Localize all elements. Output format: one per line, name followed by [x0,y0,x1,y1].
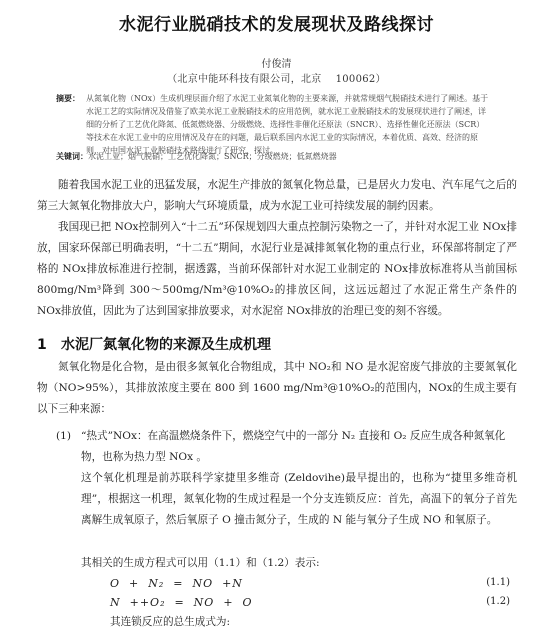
affiliation: （北京中能环科技有限公司，北京100062） [0,70,553,85]
abstract-label: 摘要： [56,92,80,105]
paper-title: 水泥行业脱硝技术的发展现状及路线探讨 [0,10,553,35]
equation-expression: N ++O₂ = NO + O [110,596,253,609]
section-number: 1 [37,337,61,353]
intro-paragraph-2: 我国现已把 NOx控制列入“十二五”环保规划四大重点控制污染物之一了，并针对水泥… [37,217,517,322]
intro-paragraph-1: 随着我国水泥工业的迅猛发展，水泥生产排放的氮氧化物总量，已是居火力发电、汽车尾气… [37,175,517,217]
section-title: 水泥厂氮氧化物的来源及生成机理 [61,337,271,353]
keywords-text: 水泥工业；烟气脱硝；工艺优化降氮；SNCR；分级燃烧；低氮燃烧器 [88,152,337,161]
list-item-marker: (1) [56,426,71,447]
keywords-block: 关键词：水泥工业；烟气脱硝；工艺优化降氮；SNCR；分级燃烧；低氮燃烧器 [56,151,492,163]
affiliation-name: （北京中能环科技有限公司，北京 [167,74,322,85]
section-heading: 1水泥厂氮氧化物的来源及生成机理 [37,334,271,354]
equation-expression: O + N₂ = NO +N [110,577,243,590]
equation-number: (1.1) [486,577,510,588]
abstract-block: 摘要： 从氮氧化物（NOx）生成机理层面介绍了水泥工业氮氧化物的主要来源，并就常… [56,92,492,157]
list-item-text: “热式”NOx：在高温燃烧条件下，燃烧空气中的一部分 N₂ 直接和 O₂ 反应生… [81,426,516,468]
postal-code: 100062） [336,74,386,85]
paper-page: 水泥行业脱硝技术的发展现状及路线探讨 付俊清 （北京中能环科技有限公司，北京10… [0,0,553,635]
equation-number: (1.2) [486,596,510,607]
chain-reaction-intro: 其连锁反应的总生成式为: [110,612,546,633]
author-name: 付俊清 [0,55,553,70]
abstract-text: 从氮氧化物（NOx）生成机理层面介绍了水泥工业氮氧化物的主要来源，并就常规烟气脱… [86,92,492,157]
equation-intro: 其相关的生成方程式可以用（1.1）和（1.2）表示: [81,553,517,574]
keywords-label: 关键词： [56,152,88,161]
section-paragraph: 氮氧化物是化合物，是由很多氮氧化合物组成，其中 NO₂和 NO 是水泥窑废气排放… [37,357,517,420]
list-item: (1) “热式”NOx：在高温燃烧条件下，燃烧空气中的一部分 N₂ 直接和 O₂… [56,426,516,468]
equation-row: O + N₂ = NO +N (1.1) [110,577,510,595]
mechanism-paragraph: 这个氧化机理是前苏联科学家捷里多维奇 (Zeldovihe)最早提出的，也称为“… [81,468,517,531]
